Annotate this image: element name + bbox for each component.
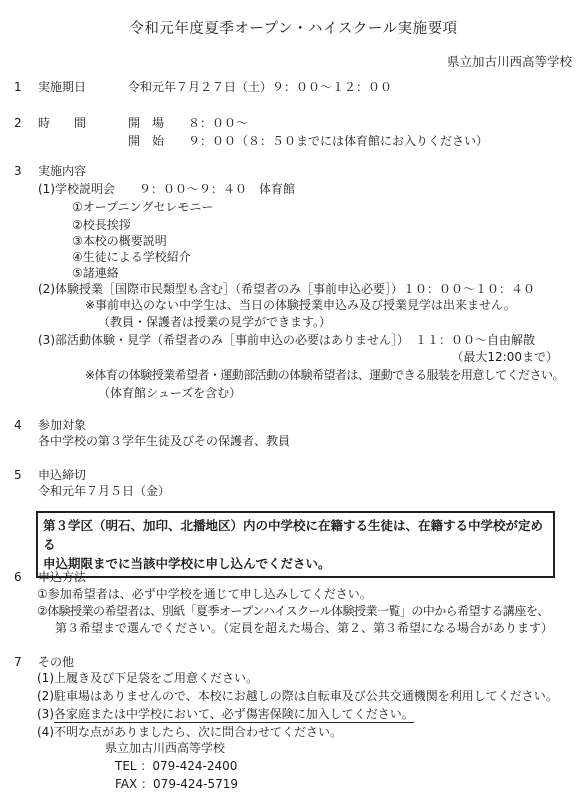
section6-number: 6 — [14, 570, 38, 584]
section4-label: 参加対象 — [38, 418, 86, 432]
section7-item3-text: 各家庭または中学校において、必ず傷害保険に加入してください。 — [54, 707, 414, 723]
section6-item-third-choice: 第３希望まで選んでください。（定員を超えた場合、第２、第３希望になる場合がありま… — [55, 621, 553, 635]
section3-item-school-overview: ③本校の概要説明 — [72, 234, 167, 248]
section3-item-principal-greeting: ②校長挨拶 — [72, 218, 131, 232]
section6-item-apply-via-school: ①参加希望者は、必ず中学校を通じて申し込みしてください。 — [37, 587, 372, 601]
contact-school-name: 県立加古川西高等学校 — [105, 741, 225, 755]
section1-value: 令和元年７月２７日（土）９：００～１２：００ — [128, 80, 392, 94]
section2-label: 時 間 — [38, 116, 86, 130]
school-name-top: 県立加古川西高等学校 — [447, 55, 572, 69]
section1-number: 1 — [14, 80, 38, 94]
section4-number: 4 — [14, 418, 38, 432]
section7-item-indoor-shoes: (1)上履き及び下足袋をご用意ください。 — [37, 671, 258, 685]
section1-label: 実施期日 — [38, 80, 86, 94]
section5-heading: 5申込締切 — [14, 468, 86, 482]
section3-note-gym-shoes: （体育館シューズを含む） — [98, 386, 241, 400]
section2-open-time: 開 場 ８：００～ — [128, 116, 248, 130]
section5-body: 令和元年７月５日（金） — [38, 484, 170, 498]
section1-heading: 1実施期日 — [14, 80, 86, 94]
section3-heading: 3実施内容 — [14, 164, 86, 178]
section7-item-inquiries: (4)不明な点がありましたら、次に問合わせてください。 — [37, 725, 342, 739]
section6-item-trial-lesson-choice: ②体験授業の希望者は、別紙「夏季オープンハイスクール体験授業一覧」の中から希望す… — [37, 604, 549, 618]
section6-label: 申込方法 — [38, 570, 86, 584]
section4-heading: 4参加対象 — [14, 418, 86, 432]
notice-line-2: 申込期限までに当該中学校に申し込んでください。 — [43, 554, 548, 573]
section6-heading: 6申込方法 — [14, 570, 86, 584]
section7-item2-prefix: (2) — [37, 689, 54, 703]
section7-label: その他 — [38, 655, 74, 669]
section5-label: 申込締切 — [38, 468, 86, 482]
document-page: 令和元年度夏季オープン・ハイスクール実施要項 県立加古川西高等学校 1実施期日 … — [0, 0, 587, 800]
section7-number: 7 — [14, 655, 38, 669]
contact-fax: FAX ：079-424-5719 — [115, 777, 238, 791]
section7-item2-text: 駐車場はありませんので、本校にお越しの際は自転車及び公共交通機関を利用してくださ… — [54, 689, 558, 703]
notice-line-1: 第３学区（明石、加印、北播地区）内の中学校に在籍する生徒は、在籍する中学校が定め… — [43, 516, 548, 554]
section7-heading: 7その他 — [14, 655, 74, 669]
contact-tel: TEL ：079-424-2400 — [115, 759, 237, 773]
section2-number: 2 — [14, 116, 38, 130]
district-notice-box: 第３学区（明石、加印、北播地区）内の中学校に在籍する生徒は、在籍する中学校が定め… — [36, 511, 555, 578]
section3-item-school-session: (1)学校説明会 ９：００～９：４０ 体育館 — [38, 182, 295, 196]
section7-item4-prefix: (4) — [37, 725, 54, 739]
section3-item-club-activities: (3)部活動体験・見学（希望者のみ［事前申込の必要はありません］） １１：００～… — [38, 333, 535, 347]
section7-item4-text: 不明な点がありましたら、次に問合わせてください。 — [54, 725, 342, 739]
section7-item1-text: 上履き及び下足袋をご用意ください。 — [54, 671, 258, 685]
section7-item-insurance: (3)各家庭または中学校において、必ず傷害保険に加入してください。 — [37, 707, 414, 721]
section3-item-student-intro: ④生徒による学校紹介 — [72, 250, 191, 264]
section3-label: 実施内容 — [38, 164, 86, 178]
section7-item1-prefix: (1) — [37, 671, 54, 685]
section3-number: 3 — [14, 164, 38, 178]
section7-item-no-parking: (2)駐車場はありませんので、本校にお越しの際は自転車及び公共交通機関を利用して… — [37, 689, 558, 703]
section3-note-max-time: （最大12:00まで） — [451, 350, 558, 364]
section7-item3-prefix: (3) — [37, 707, 54, 721]
section2-heading: 2時 間 — [14, 116, 86, 130]
section3-item-trial-lesson: (2)体験授業［国際市民類型も含む］（希望者のみ［事前申込必要］）１０：００～１… — [38, 282, 535, 296]
section2-start-time: 開 始 ９：００（８：５０までには体育館にお入りください） — [128, 134, 488, 148]
section3-item-opening-ceremony: ①オープニングセレモニー — [72, 200, 213, 214]
section3-note-no-advance-apply: ※事前申込のない中学生は、当日の体験授業申込み及び授業見学は出来ません。 — [85, 298, 516, 312]
section3-note-teachers-parents: （教員・保護者は授業の見学ができます。） — [98, 315, 331, 329]
document-title: 令和元年度夏季オープン・ハイスクール実施要項 — [0, 22, 587, 36]
section5-number: 5 — [14, 468, 38, 482]
section3-note-sports-clothes: ※体育の体験授業希望者・運動部活動の体験希望者は、運動できる服装を用意してくださ… — [85, 368, 564, 382]
section4-body: 各中学校の第３学年生徒及びその保護者、教員 — [38, 434, 290, 448]
section3-item-announcements: ⑤諸連絡 — [72, 266, 119, 280]
